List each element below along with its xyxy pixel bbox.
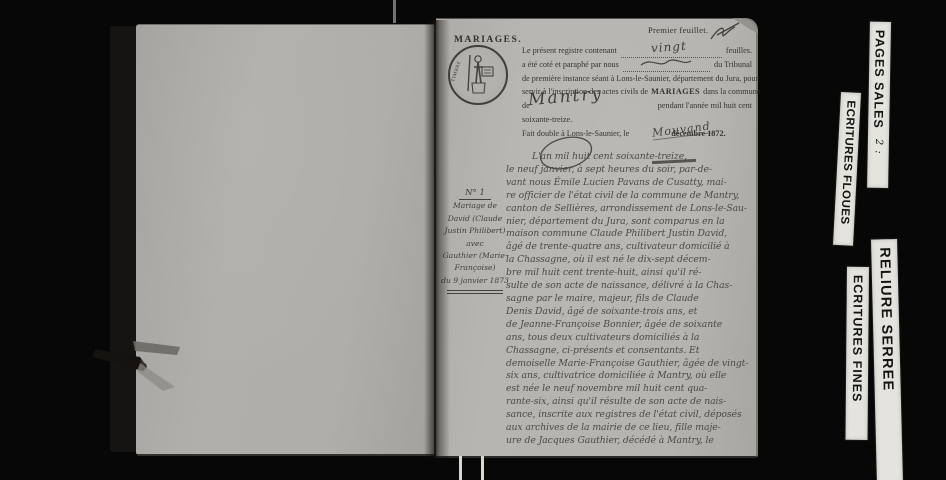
form-line-2: a été coté et paraphé par nous du Tribun…: [522, 58, 752, 72]
binding-gutter-line: [434, 20, 436, 458]
act-line: vant nous Émile Lucien Pavans de Cusatty…: [506, 177, 748, 190]
act-line: rante-six, ainsi qu'il résulte de son ac…: [506, 396, 748, 409]
side-label-ecritures-fines: ECRITURES FINES: [845, 267, 869, 440]
act-line: demoiselle Marie-Françoise Gauthier, âgé…: [506, 358, 748, 371]
act-line: maison commune Claude Philibert Justin D…: [506, 228, 748, 241]
binding-gutter: [424, 20, 450, 458]
act-number: N° 1: [459, 187, 491, 200]
act-line: six ans, cultivatrice domiciliée à Mantr…: [506, 370, 748, 383]
form-line-1: Le présent registre contenant vingt feui…: [522, 44, 752, 58]
act-line: le neuf janvier, à sept heures du soir, …: [506, 164, 748, 177]
act-line: Denis David, âgé de soixante-trois ans, …: [506, 306, 748, 319]
cloth-tie: [93, 333, 193, 395]
page-edge-sliver: [393, 0, 396, 23]
fillin-sheet-count-value: vingt: [651, 40, 688, 56]
act-body-text: L'an mil huit cent soixante-treize, le n…: [506, 151, 748, 448]
side-label-pages-sales-text: PAGES SALES: [872, 30, 888, 129]
bookmark-ribbon: [481, 456, 484, 480]
act-line: aux archives de la mairie de ce lieu, fi…: [506, 422, 748, 435]
right-page-act: Premier feuillet. MARIAGES. TIMBRE Le pr…: [436, 18, 758, 458]
margin-note-line: Justin Philibert) avec: [441, 225, 509, 250]
margin-note-line: David (Claude: [441, 213, 509, 225]
bookmark-ribbon: [459, 456, 462, 480]
act-line: ans, tous deux cultivateurs domiciliés à…: [506, 332, 748, 345]
act-line: âgé de trente-quatre ans, cultivateur do…: [506, 241, 748, 254]
side-label-ecritures-floues: ECRITURES FLOUES: [833, 92, 861, 246]
margin-note-line: du 9 janvier 1873: [441, 275, 509, 287]
act-line: de Jeanne-Françoise Bonnier, âgée de soi…: [506, 319, 748, 332]
form-line-6: soixante-treize.: [522, 113, 752, 127]
act-line: canton de Sellières, arrondissement de L…: [506, 203, 748, 216]
side-label-pages-sales-mark: 2 :: [873, 139, 884, 155]
act-line: Chassagne, ci-présents et consentants. E…: [506, 345, 748, 358]
act-line: sance, inscrite aux registres de l'état …: [506, 409, 748, 422]
margin-note-line: Gauthier (Marie-: [441, 250, 509, 262]
tie-shadow-lower: [137, 363, 175, 391]
form-line-1-text: Le présent registre contenant: [522, 44, 617, 58]
form-line-4-end: dans la commune: [703, 85, 760, 99]
revenue-stamp: TIMBRE: [448, 45, 508, 105]
stamp-figure-icon: [452, 49, 504, 101]
form-line-2-end: du Tribunal: [714, 58, 752, 72]
act-line: est née le neuf novembre mil huit cent q…: [506, 383, 748, 396]
act-line: bre mil huit cent trente-huit, ainsi qu'…: [506, 267, 748, 280]
register-title: MARIAGES.: [454, 35, 522, 45]
clerk-paraph-icon: [639, 56, 693, 70]
sheet-note: Premier feuillet.: [648, 25, 708, 35]
act-line: ure de Jacques Gauthier, décédé à Mantry…: [506, 435, 748, 448]
form-line-2-text: a été coté et paraphé par nous: [522, 58, 619, 72]
tie-shadow-upper: [133, 341, 180, 355]
act-line: la Chassagne, où il est né le dix-sept d…: [506, 254, 748, 267]
act-line: nier, département du Jura, sont comparus…: [506, 216, 748, 229]
archive-scan-viewport: Premier feuillet. MARIAGES. TIMBRE Le pr…: [0, 0, 946, 480]
side-label-pages-sales: PAGES SALES 2 :: [867, 22, 891, 188]
margin-note-line: Françoise): [441, 262, 509, 274]
act-line: sagne par le maire, majeur, fils de Clau…: [506, 293, 748, 306]
paraph-flourish-icon: [709, 19, 743, 45]
margin-note: N° 1 Mariage de David (Claude Justin Phi…: [441, 187, 509, 294]
side-label-ecritures-fines-text: ECRITURES FINES: [850, 275, 865, 403]
act-line: L'an mil huit cent soixante-treize,: [506, 151, 748, 164]
margin-note-line: Mariage de: [441, 200, 509, 212]
form-line-5-end: pendant l'année mil huit cent: [658, 99, 752, 113]
act-line: sulte de son acte de naissance, délivré …: [506, 280, 748, 293]
act-line: re officier de l'état civil de la commun…: [506, 190, 748, 203]
form-line-4-bold: MARIAGES: [651, 85, 700, 99]
side-label-reliure-serree: RELIURE SERREE: [871, 239, 903, 480]
side-label-ecritures-floues-text: ECRITURES FLOUES: [838, 100, 856, 225]
side-label-reliure-serree-text: RELIURE SERREE: [876, 247, 896, 391]
form-line-1-end: feuilles.: [726, 44, 752, 58]
fillin-clerk-paraph: [623, 61, 710, 72]
margin-note-rule: [447, 290, 503, 294]
form-line-3: de première instance séant à Lons-le-Sau…: [522, 72, 752, 86]
